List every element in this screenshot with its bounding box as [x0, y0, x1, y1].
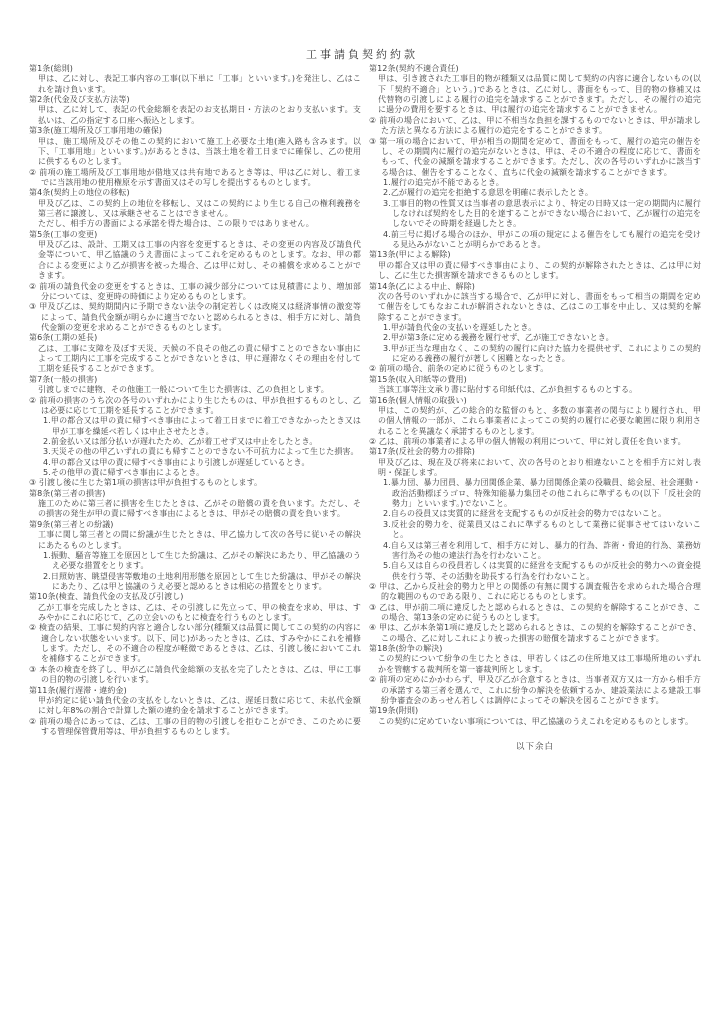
article-list-item: 3.反社会的勢力を、従業員又はこれに準ずるものとして業務に従事させてはいないこと…: [369, 520, 701, 541]
footer-note: 以下余白: [369, 742, 701, 753]
article-paragraph: 施工のために第三者に損害を生じたときは、乙がその賠償の責を負います。ただし、その…: [29, 499, 361, 520]
article-heading: 第7条(一般の損害): [29, 375, 361, 385]
article-list-item: 2.前金払い又は部分払いが遅れたため、乙が着工せず又は中止をしたとき。: [29, 437, 361, 447]
article-paragraph: 甲及び乙は、設計、工期又は工事の内容を変更するときは、その変更の内容及び請負代金…: [29, 240, 361, 281]
article-paragraph: 甲及び乙は、この契約上の地位を移転し、又はこの契約により生じる自己の権利義務を第…: [29, 199, 361, 220]
right-column-text: 第12条(契約不適合責任)甲は、引き渡された工事目的物が種類又は品質に関して契約…: [369, 64, 701, 727]
article-heading: 第12条(契約不適合責任): [369, 64, 701, 74]
article-clause: ② 前項の定めにかかわらず、甲及び乙が合意するときは、当事者双方又は一方から相手…: [369, 675, 701, 706]
article-heading: 第8条(第三者の損害): [29, 489, 361, 499]
article-clause: ② 甲は、乙から反社会的勢力と甲との関係の有無に関する調査報告を求められた場合合…: [369, 582, 701, 603]
article-list-item: 4.自ら又は第三者を利用して、相手方に対し、暴力的行為、詐術・脅迫的行為、業務妨…: [369, 541, 701, 562]
article-clause: ③ 第一項の場合において、甲が相当の期間を定めて、書面をもって、履行の追完の催告…: [369, 137, 701, 178]
article-heading: 第14条(乙による中止、解除): [369, 282, 701, 292]
article-clause: ② 前項の損害のうち次の各号のいずれかにより生じたものは、甲が負担するものとし、…: [29, 396, 361, 417]
article-heading: 第3条(施工場所及び工事用地の確保): [29, 126, 361, 136]
article-heading: 第17条(反社会的勢力の排除): [369, 447, 701, 457]
article-paragraph: 甲の都合又は甲の責に帰すべき事由により、この契約が解除されたときは、乙は甲に対し…: [369, 261, 701, 282]
article-clause: ④ 甲は、乙が本条第1項に違反したと認められるときは、この契約を解除することがで…: [369, 623, 701, 644]
article-list-item: 1.暴力団、暴力団員、暴力団関係企業、暴力団関係企業の役職員、総会屋、社会運動・…: [369, 478, 701, 509]
article-list-item: 3.工事目的物の性質又は当事者の意思表示により、特定の日時又は一定の期間内に履行…: [369, 199, 701, 230]
article-list-item: 3.甲が正当な理由なく、この契約の履行に向けた協力を提供せず、これによりこの契約…: [369, 344, 701, 365]
article-list-item: 1.振動、騒音等施工を原因として生じた紛議は、乙がその解決にあたり、甲乙協議のう…: [29, 551, 361, 572]
article-paragraph: この契約について紛争の生じたときは、甲若しくは乙の住所地又は工事場所地のいずれか…: [369, 654, 701, 675]
article-clause: ③ 引渡し後に生じた第1項の損害は甲が負担するものとします。: [29, 478, 361, 488]
article-list-item: 1.甲が請負代金の支払いを遅延したとき。: [369, 323, 701, 333]
article-list-item: 2.甲が第3条に定める義務を履行せず、乙が施工できないとき。: [369, 333, 701, 343]
article-paragraph: この契約に定めていない事項については、甲乙協議のうえこれを定めるものとします。: [369, 717, 701, 727]
article-heading: 第16条(個人情報の取扱い): [369, 396, 701, 406]
document-title: 工事請負契約約款: [0, 46, 724, 62]
article-paragraph: 次の各号のいずれかに該当する場合で、乙が甲に対し、書面をもって相当の期間を定めて…: [369, 292, 701, 323]
left-column: 第1条(総則)甲は、乙に対し、表記工事内容の工事(以下単に「工事」といいます。)…: [29, 64, 361, 753]
document-body: 第1条(総則)甲は、乙に対し、表記工事内容の工事(以下単に「工事」といいます。)…: [29, 64, 701, 753]
article-paragraph: 引渡しまでに建物、その他施工一般について生じた損害は、乙の負担とします。: [29, 385, 361, 395]
article-clause: ② 前項の施工場所及び工事用地が借地又は共有地であるとき等は、甲は乙に対し、着工…: [29, 168, 361, 189]
article-paragraph: 甲は、引き渡された工事目的物が種類又は品質に関して契約の内容に適合しないもの(以…: [369, 74, 701, 115]
article-heading: 第10条(検査、請負代金の支払及び引渡し): [29, 592, 361, 602]
article-paragraph: 甲は、乙に対し、表記工事内容の工事(以下単に「工事」といいます。)を発注し、乙は…: [29, 74, 361, 95]
article-clause: ② 前項の場合にあっては、乙は、工事の目的物の引渡しを拒むことができ、このために…: [29, 717, 361, 738]
article-heading: 第5条(工事の変更): [29, 230, 361, 240]
article-heading: 第4条(契約上の地位の移転): [29, 188, 361, 198]
article-paragraph: 甲及び乙は、現在及び将来において、次の各号のとおり相違ないことを相手方に対し表明…: [369, 458, 701, 479]
article-paragraph: 当該工事等注文承り書に貼付する印紙代は、乙が負担するものとする。: [369, 385, 701, 395]
article-paragraph: 甲が約定に従い請負代金の支払をしないときは、乙は、遅延日数に応じて、未払代金額に…: [29, 696, 361, 717]
article-clause: ② 検査の結果、工事に契約内容と適合しない部分(種類又は品質に関してこの契約の内…: [29, 623, 361, 664]
article-paragraph: 乙が工事を完成したときは、乙は、その引渡しに先立って、甲の検査を求め、甲は、すみ…: [29, 603, 361, 624]
article-heading: 第9条(第三者との紛議): [29, 520, 361, 530]
article-heading: 第13条(甲による解除): [369, 250, 701, 260]
article-paragraph: 甲は、施工場所及びその他この契約において施工上必要な土地(進入路も含みます。以下…: [29, 137, 361, 168]
article-list-item: 3.天災その他の甲乙いずれの責にも帰すことのできない不可抗力によって生じた損害。: [29, 447, 361, 457]
article-list-item: 5.その他甲の責に帰すべき事由によるとき。: [29, 468, 361, 478]
article-heading: 第19条(附則): [369, 706, 701, 716]
article-paragraph: ただし、相手方の書面による承諾を得た場合は、この限りではありません。: [29, 219, 361, 229]
article-list-item: 1.甲の都合又は甲の責に帰すべき事由によって着工日までに着工できなかったとき又は…: [29, 416, 361, 437]
article-list-item: 2.乙が履行の追完を拒絶する意思を明確に表示したとき。: [369, 188, 701, 198]
article-clause: ③ 本条の検査を終了し、甲が乙に請負代金総額の支払を完了したときは、乙は、甲に工…: [29, 665, 361, 686]
article-heading: 第11条(履行遅滞・違約金): [29, 686, 361, 696]
contract-document-page: 工事請負契約約款 第1条(総則)甲は、乙に対し、表記工事内容の工事(以下単に「工…: [0, 0, 724, 1024]
article-paragraph: 甲は、乙に対して、表記の代金総額を表記のお支払期日・方法のとおり支払います。支払…: [29, 105, 361, 126]
article-heading: 第15条(収入印紙等の費用): [369, 375, 701, 385]
article-list-item: 2.日照妨害、眺望侵害等敷地の土地利用形態を原因として生じた紛議は、甲がその解決…: [29, 572, 361, 593]
article-list-item: 1.履行の追完が不能であるとき。: [369, 178, 701, 188]
article-heading: 第2条(代金及び支払方法等): [29, 95, 361, 105]
article-heading: 第6条(工期の延長): [29, 333, 361, 343]
article-paragraph: 工事に関し第三者との間に紛議が生じたときは、甲乙協力して次の各号に従いその解決に…: [29, 530, 361, 551]
article-list-item: 4.前三号に掲げる場合のほか、甲がこの項の規定による催告をしても履行の追完を受け…: [369, 230, 701, 251]
article-heading: 第1条(総則): [29, 64, 361, 74]
article-list-item: 2.自らの役員又は実質的に経営を支配するものが反社会的勢力ではないこと。: [369, 509, 701, 519]
article-clause: ② 乙は、前項の事業者による甲の個人情報の利用について、甲に対し責任を負います。: [369, 437, 701, 447]
article-clause: ③ 甲及び乙は、契約期間内に予期できない法令の制定若しくは改廃又は経済事情の激変…: [29, 302, 361, 333]
article-paragraph: 甲は、この契約が、乙の総合的な監督のもと、多数の事業者の関与により履行され、甲の…: [369, 406, 701, 437]
article-list-item: 5.自ら又は自らの役員若しくは実質的に経営を支配するものが反社会的勢力への資金提…: [369, 561, 701, 582]
article-heading: 第18条(紛争の解決): [369, 644, 701, 654]
right-column: 第12条(契約不適合責任)甲は、引き渡された工事目的物が種類又は品質に関して契約…: [369, 64, 701, 753]
article-paragraph: 乙は、工事に支障を及ぼす天災、天候の不良その他乙の責に帰すことのできない事由によ…: [29, 344, 361, 375]
article-clause: ② 前項の場合において、乙は、甲に不相当な負担を課するものでないときは、甲が請求…: [369, 116, 701, 137]
article-list-item: 4.甲の都合又は甲の責に帰すべき事由により引渡しが遅延しているとき。: [29, 458, 361, 468]
article-clause: ③ 乙は、甲が前二項に違反したと認められるときは、この契約を解除することができ、…: [369, 603, 701, 624]
article-clause: ② 前項の請負代金の変更をするときは、工事の減少部分については見積書により、増加…: [29, 282, 361, 303]
article-clause: ② 前項の場合、前条の定めに従うものとします。: [369, 364, 701, 374]
